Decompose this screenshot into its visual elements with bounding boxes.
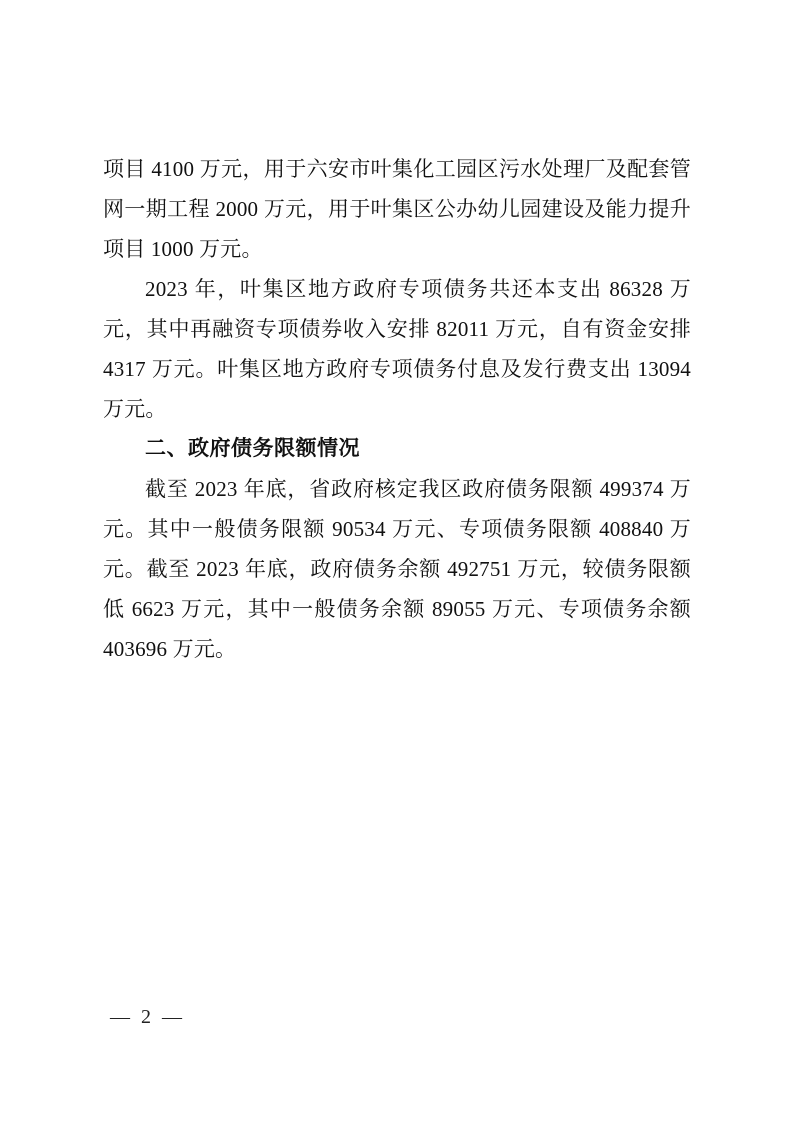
document-page: 项目 4100 万元，用于六安市叶集化工园区污水处理厂及配套管网一期工程 200… [0,0,793,1122]
section-heading-debt-limit: 二、政府债务限额情况 [103,429,691,469]
document-body: 项目 4100 万元，用于六安市叶集化工园区污水处理厂及配套管网一期工程 200… [103,149,691,669]
paragraph-special-debt-repayment: 2023 年，叶集区地方政府专项债务共还本支出 86328 万元，其中再融资专项… [103,269,691,429]
paragraph-bond-usage-continuation: 项目 4100 万元，用于六安市叶集化工园区污水处理厂及配套管网一期工程 200… [103,149,691,269]
paragraph-debt-limit: 截至 2023 年底，省政府核定我区政府债务限额 499374 万元。其中一般债… [103,469,691,669]
page-number: — 2 — [110,1002,185,1032]
